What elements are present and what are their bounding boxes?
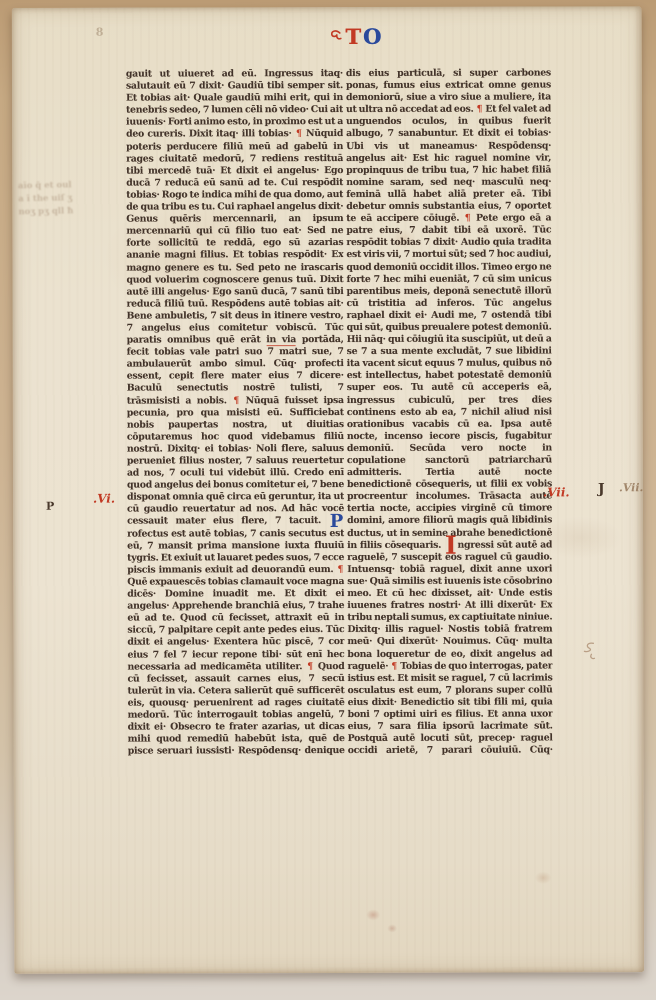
- showthrough-line: a ī the uiſ ʒ: [18, 192, 76, 206]
- faint-pencil-digit: 8: [96, 26, 104, 39]
- rubric-paraph: ¶: [295, 129, 303, 140]
- rubric-paraph: ¶: [337, 564, 345, 575]
- photo-backdrop: { "page": { "kind": "medieval manuscript…: [0, 0, 656, 1000]
- running-title: T O: [300, 20, 410, 52]
- showthrough-line: aīo q̄ et oul: [18, 179, 76, 193]
- margin-ink-mark: J: [598, 481, 605, 497]
- rubric-paraph: ¶: [232, 395, 240, 406]
- manuscript-leaf: T O gauit ut uiueret ad eū. Ingressus it…: [12, 6, 645, 974]
- text-column-right: dis eius particulā, si super carbones po…: [346, 67, 553, 756]
- rubric-paraph: ¶: [306, 661, 314, 672]
- text-column-left: gauit ut uiueret ad eū. Ingressus itaq· …: [126, 68, 345, 757]
- rubric-paraph: ¶: [476, 104, 484, 115]
- showthrough-line: noʒ pʒ qll ħ: [18, 205, 76, 219]
- margin-scribble-icon: [579, 640, 599, 662]
- running-title-letter-t: T: [345, 25, 361, 46]
- margin-chapter-numeral-vii-red: .Vii.: [543, 485, 570, 499]
- running-title-letter-o: O: [363, 25, 381, 46]
- showthrough-text: aīo q̄ et oul a ī the uiſ ʒ noʒ pʒ qll ħ: [18, 179, 77, 219]
- paraph-flourish-icon: [328, 29, 342, 43]
- margin-chapter-numeral-vii-faint: .Vii.: [619, 481, 643, 494]
- rubric-paraph: ¶: [390, 660, 398, 671]
- margin-chapter-numeral-vi: .Vi.: [93, 492, 115, 506]
- margin-guide-letter: P: [46, 500, 54, 513]
- rubric-paraph: ¶: [464, 213, 472, 224]
